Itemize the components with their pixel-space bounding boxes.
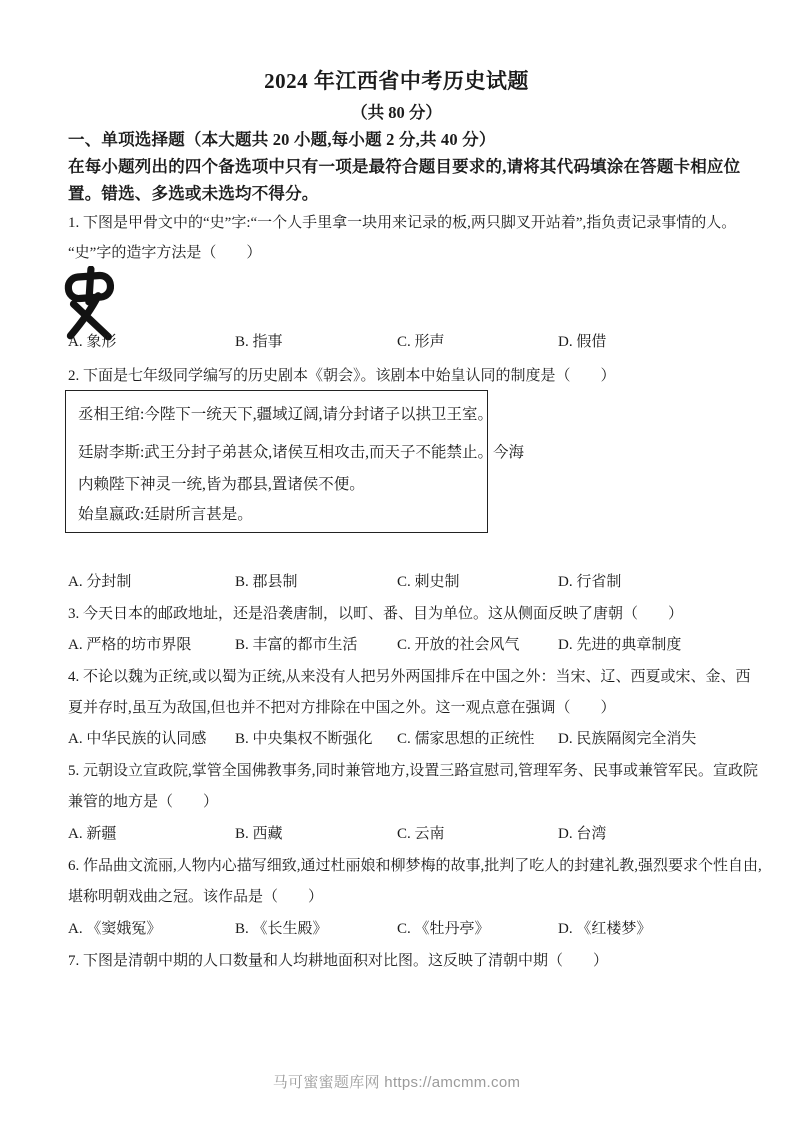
option-6-d: D. 《红楼梦》 [558,919,651,939]
question-2-line-1: 2. 下面是七年级同学编写的历史剧本《朝会》。该剧本中始皇认同的制度是（ ） [68,366,616,386]
option-2-b: B. 郡县制 [235,572,298,592]
question-5-line-2: 兼管的地方是（ ） [68,792,218,812]
option-3-b: B. 丰富的都市生活 [235,635,358,655]
script-box-line-4: 始皇嬴政:廷尉所言甚是。 [78,505,253,525]
question-6-options: A. 《窦娥冤》 B. 《长生殿》 C. 《牡丹亭》 D. 《红楼梦》 [0,919,793,939]
option-6-c: C. 《牡丹亭》 [397,919,490,939]
option-4-b: B. 中央集权不断强化 [235,729,373,749]
option-1-d: D. 假借 [558,332,606,352]
instructions-line-2: 置。错选、多选或未选均不得分。 [68,183,319,204]
option-6-b: B. 《长生殿》 [235,919,328,939]
question-7-line-1: 7. 下图是清朝中期的人口数量和人均耕地面积对比图。这反映了清朝中期（ ） [68,951,608,971]
question-6-line-1: 6. 作品曲文流丽,人物内心描写细致,通过杜丽娘和柳梦梅的故事,批判了吃人的封建… [68,856,762,876]
option-5-a: A. 新疆 [68,824,116,844]
option-3-c: C. 开放的社会风气 [397,635,520,655]
option-2-c: C. 刺史制 [397,572,460,592]
question-2-options: A. 分封制 B. 郡县制 C. 刺史制 D. 行省制 [0,572,793,592]
option-4-c: C. 儒家思想的正统性 [397,729,535,749]
footer-watermark: 马可蜜蜜题库网 https://amcmm.com [0,1073,793,1093]
script-box-line-2: 廷尉李斯:武王分封子弟甚众,诸侯互相攻击,而天子不能禁止。今海 [78,443,524,463]
option-3-a: A. 严格的坊市界限 [68,635,191,655]
page-title: 2024 年江西省中考历史试题 [0,68,793,94]
question-4-line-1: 4. 不论以魏为正统,或以蜀为正统,从来没有人把另外两国排斥在中国之外：当宋、辽… [68,667,751,687]
script-box-line-3: 内赖陛下神灵一统,皆为郡县,置诸侯不便。 [78,475,365,495]
option-1-b: B. 指事 [235,332,283,352]
option-5-c: C. 云南 [397,824,445,844]
option-2-a: A. 分封制 [68,572,131,592]
option-3-d: D. 先进的典章制度 [558,635,681,655]
question-1-options: A. 象形 B. 指事 C. 形声 D. 假借 [0,332,793,352]
option-5-b: B. 西藏 [235,824,283,844]
question-3-options: A. 严格的坊市界限 B. 丰富的都市生活 C. 开放的社会风气 D. 先进的典… [0,635,793,655]
section-heading: 一、单项选择题（本大题共 20 小题,每小题 2 分,共 40 分） [68,129,496,150]
question-1-line-1: 1. 下图是甲骨文中的“史”字:“一个人手里拿一块用来记录的板,两只脚叉开站着”… [68,213,736,233]
page-subtitle: （共 80 分） [0,102,793,123]
option-6-a: A. 《窦娥冤》 [68,919,161,939]
question-4-line-2: 夏并存时,虽互为敌国,但也并不把对方排除在中国之外。这一观点意在强调（ ） [68,698,616,718]
question-6-line-2: 堪称明朝戏曲之冠。该作品是（ ） [68,887,323,907]
option-4-d: D. 民族隔阂完全消失 [558,729,696,749]
question-5-line-1: 5. 元朝设立宣政院,掌管全国佛教事务,同时兼管地方,设置三路宣慰司,管理军务、… [68,761,758,781]
option-4-a: A. 中华民族的认同感 [68,729,206,749]
option-2-d: D. 行省制 [558,572,621,592]
option-5-d: D. 台湾 [558,824,606,844]
history-script-box: 丞相王绾:今陛下一统天下,疆域辽阔,请分封诸子以拱卫王室。 廷尉李斯:武王分封子… [65,390,488,533]
option-1-c: C. 形声 [397,332,445,352]
question-1-line-2: “史”字的造字方法是（ ） [68,243,261,263]
question-4-options: A. 中华民族的认同感 B. 中央集权不断强化 C. 儒家思想的正统性 D. 民… [0,729,793,749]
instructions-line-1: 在每小题列出的四个备选项中只有一项是最符合题目要求的,请将其代码填涂在答题卡相应… [68,156,740,177]
question-3-line-1: 3. 今天日本的邮政地址，还是沿袭唐制，以町、番、目为单位。这从侧面反映了唐朝（… [68,604,683,624]
exam-paper-page: 2024 年江西省中考历史试题 （共 80 分） 一、单项选择题（本大题共 20… [0,0,793,1122]
script-box-line-1: 丞相王绾:今陛下一统天下,疆域辽阔,请分封诸子以拱卫王室。 [78,405,493,425]
question-5-options: A. 新疆 B. 西藏 C. 云南 D. 台湾 [0,824,793,844]
option-1-a: A. 象形 [68,332,116,352]
